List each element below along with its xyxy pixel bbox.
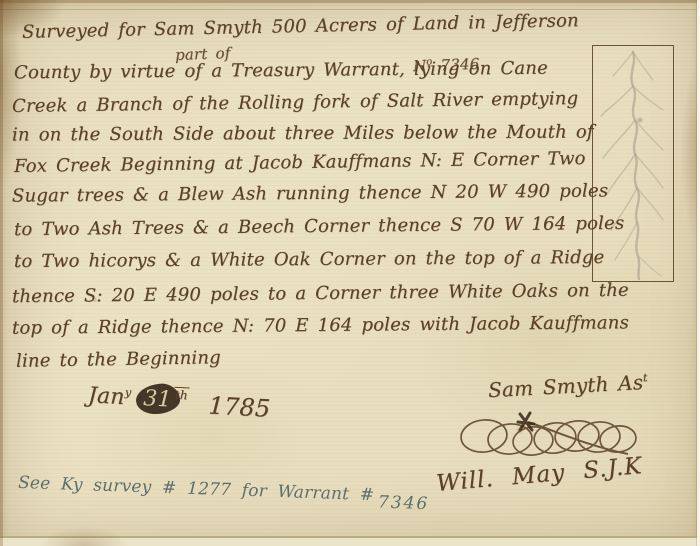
interlined-insertion-part-of: part of [175,44,231,64]
survey-text-line-9: thence S: 20 E 490 poles to a Corner thr… [12,280,629,307]
paper-crease [0,9,700,10]
survey-text-line-3: Creek a Branch of the Rolling fork of Sa… [12,88,579,117]
warrant-superscript: o [426,56,433,67]
annotation-warrant-number: 7346 [378,492,430,514]
date-year: 1785 [208,392,271,423]
date-month: Jan [87,383,125,410]
survey-text-line-11: line to the Beginning [16,347,221,372]
survey-text-line-6: Sugar trees & a Blew Ash running thence … [12,180,608,206]
survey-text-line-4: in on the South Side about three Miles b… [12,121,594,145]
survey-text-line-7: to Two Ash Trees & a Beech Corner thence… [14,213,625,240]
signature-surveyor-text: Sam Smyth As [487,370,643,402]
survey-text-line-10: top of a Ridge thence N: 70 E 164 poles … [12,312,629,338]
interlined-warrant-number: No 7346 [413,55,480,75]
signature-surveyor: Sam Smyth Ast [487,370,648,402]
survey-document-scan: Surveyed for Sam Smyth 500 Acrers of Lan… [0,0,700,546]
date-line: Jany 31th 1785 [87,380,271,418]
signature-surveyor-superscript: t [643,371,648,384]
date-month-superscript: y [125,386,132,399]
survey-text-line-1: Surveyed for Sam Smyth 500 Acrers of Lan… [22,10,579,43]
warrant-prefix: N [413,57,427,75]
signature-flourish-loops [458,402,643,462]
annotation-text: See Ky survey # 1277 for Warrant # [18,473,375,505]
paper-bottom-edge [0,536,700,546]
creek-pencil-sketch [593,46,673,281]
survey-text-line-8: to Two hicorys & a White Oak Corner on t… [14,247,605,272]
survey-text-line-5: Fox Creek Beginning at Jacob Kauffmans N… [14,148,586,177]
date-day-blotted: 31 [141,386,175,413]
date-day-superscript: th [174,386,190,402]
warrant-number: 7346 [440,55,480,74]
archival-annotation: See Ky survey # 1277 for Warrant #7346 [18,473,430,507]
